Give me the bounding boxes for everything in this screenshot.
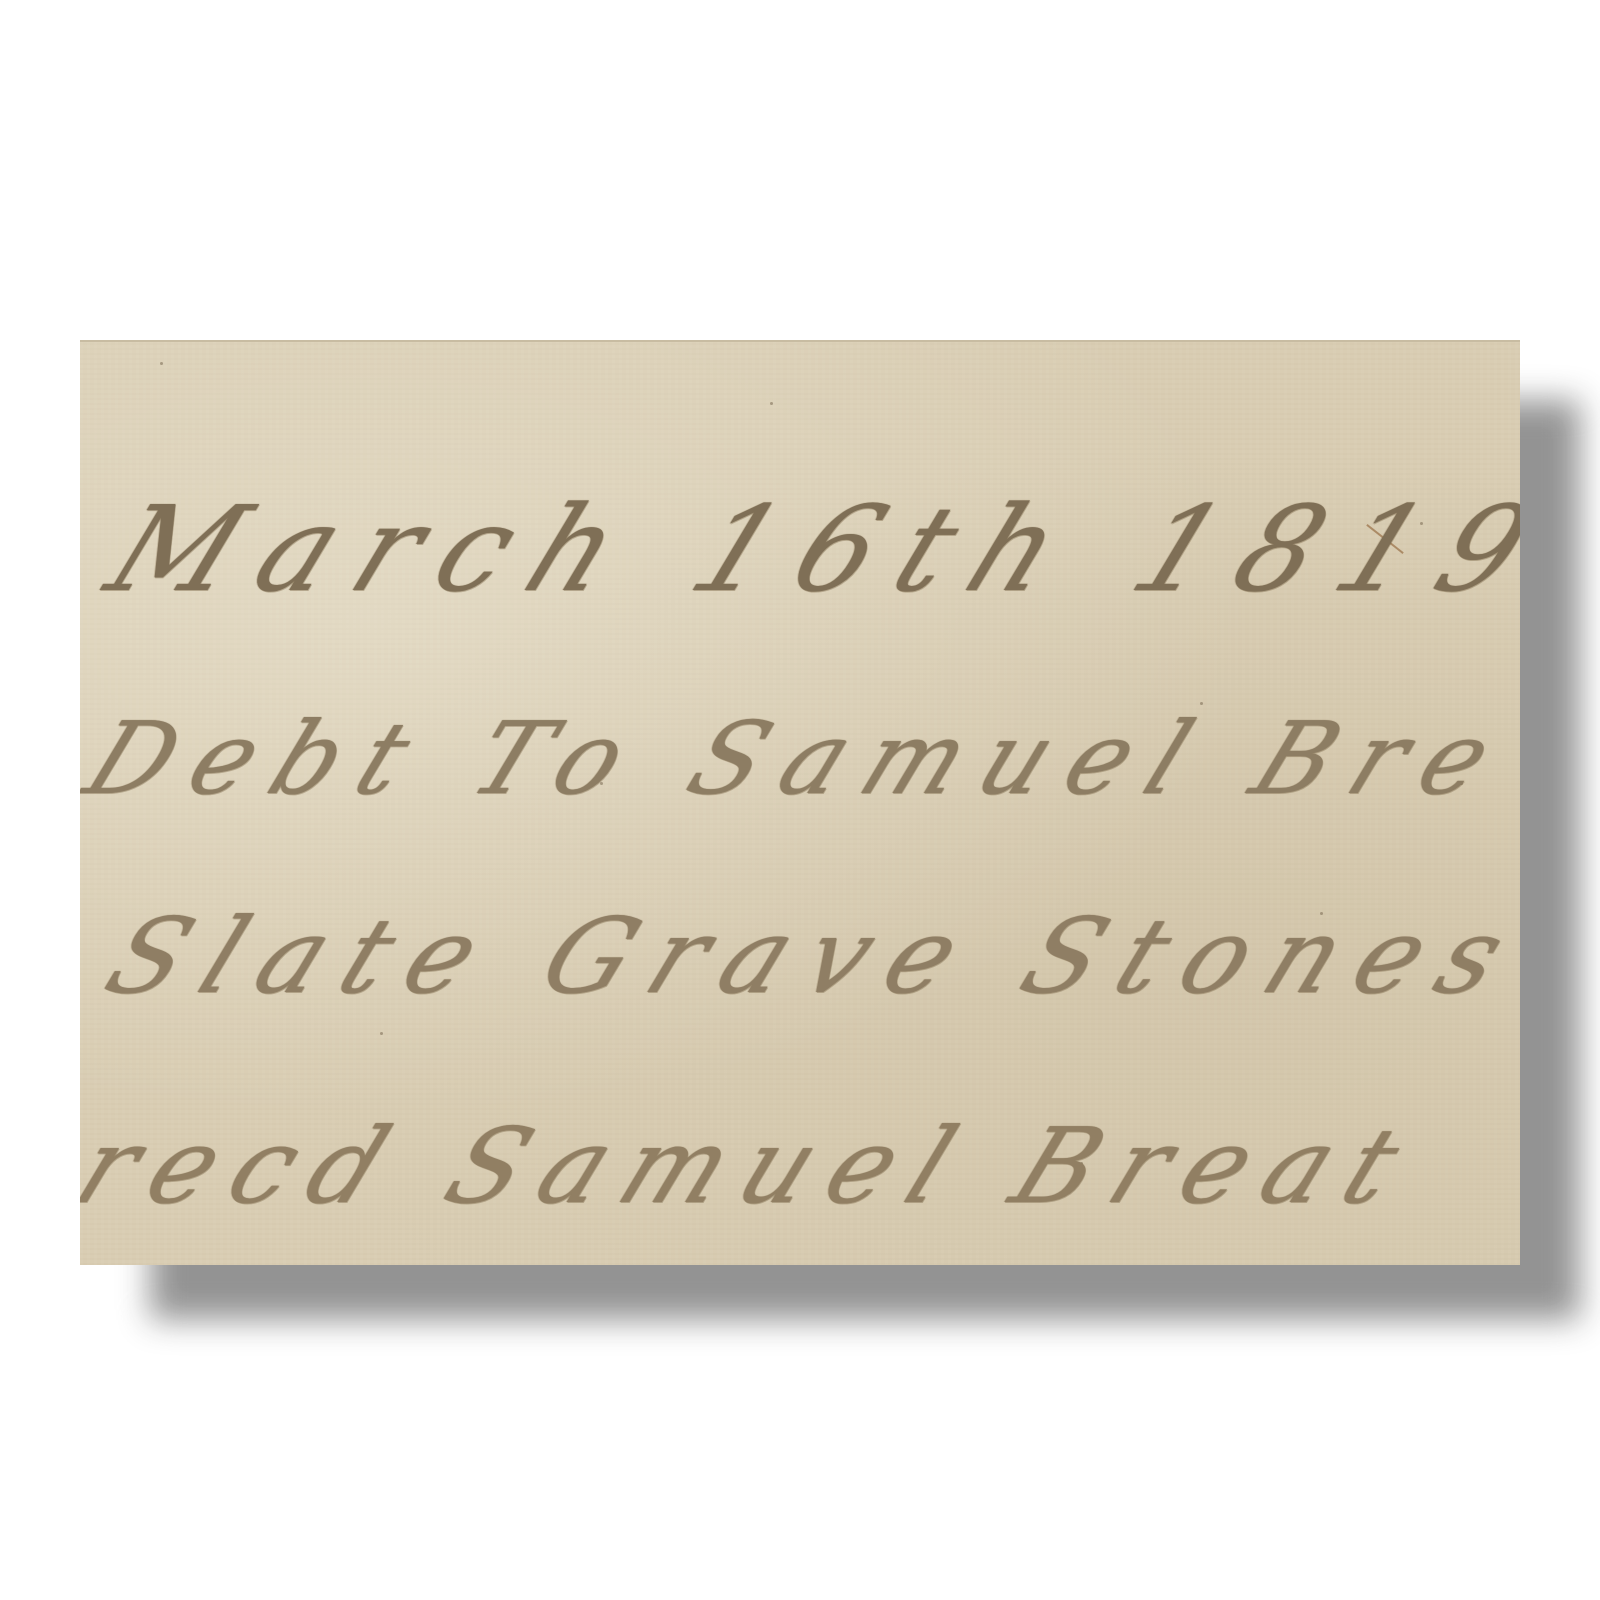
handwritten-date-line: March 16th 1819: [90, 480, 1520, 618]
handwritten-received-line: recd Samuel Breat: [80, 1105, 1437, 1227]
handwriting-layer: March 16th 1819 Debt To Samuel Bre Slate…: [80, 340, 1520, 1263]
photo-stage: March 16th 1819 Debt To Samuel Bre Slate…: [0, 0, 1600, 1600]
handwritten-item-line: Slate Grave Stones –: [90, 895, 1520, 1017]
handwritten-debtor-line: Debt To Samuel Bre: [80, 700, 1520, 817]
